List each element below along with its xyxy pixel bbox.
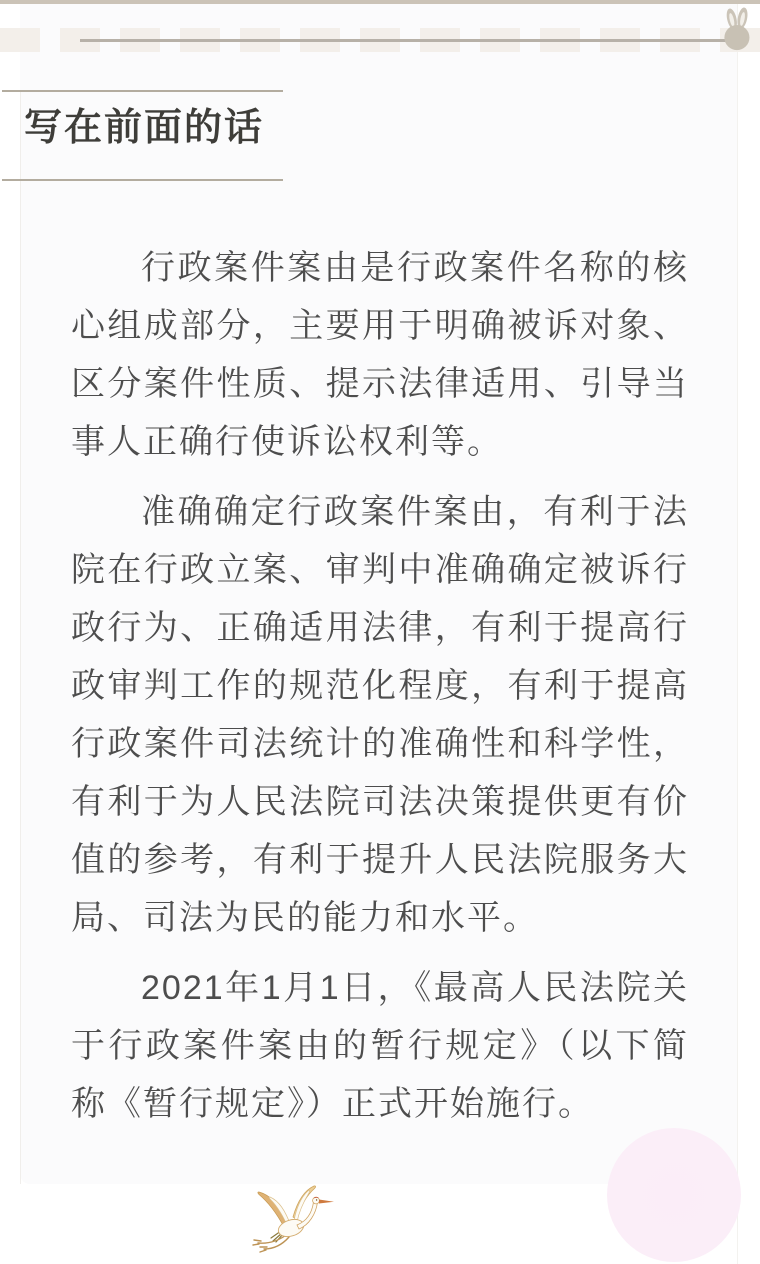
text-line: 于行政案件案由的暂行规定》（以下简 xyxy=(71,1017,689,1075)
title-rule-bottom xyxy=(2,179,283,181)
text-line: 准确确定行政案件案由，有利于法 xyxy=(71,483,689,541)
text-line: 称《暂行规定》）正式开始施行。 xyxy=(71,1075,689,1133)
paragraph-2: 准确确定行政案件案由，有利于法 院在行政立案、审判中准确确定被诉行 政行为、正确… xyxy=(71,483,689,947)
paragraph-3: 2021年1月1日，《最高人民法院关 于行政案件案由的暂行规定》（以下简 称《暂… xyxy=(71,959,689,1133)
text-line: 局、司法为民的能力和水平。 xyxy=(71,889,689,947)
text-line: 值的参考，有利于提升人民法院服务大 xyxy=(71,831,689,889)
card-right-edge xyxy=(737,4,738,1264)
article-body: 行政案件案由是行政案件名称的核 心组成部分，主要用于明确被诉对象、 区分案件性质… xyxy=(71,239,689,1145)
text-line: 心组成部分，主要用于明确被诉对象、 xyxy=(71,297,689,355)
text-line: 政行为、正确适用法律，有利于提高行 xyxy=(71,599,689,657)
page-title: 写在前面的话 xyxy=(24,106,324,150)
card-left-edge xyxy=(20,90,21,1184)
text-line: 政审判工作的规范化程度，有利于提高 xyxy=(71,657,689,715)
title-rule-top xyxy=(2,90,283,92)
text-line: 院在行政立案、审判中准确确定被诉行 xyxy=(71,541,689,599)
header-rule-line xyxy=(80,39,730,42)
text-line: 区分案件性质、提示法律适用、引导当 xyxy=(71,355,689,413)
text-line: 行政案件案由是行政案件名称的核 xyxy=(71,239,689,297)
text-line: 2021年1月1日，《最高人民法院关 xyxy=(71,959,689,1017)
text-line: 有利于为人民法院司法决策提供更有价 xyxy=(71,773,689,831)
paragraph-1: 行政案件案由是行政案件名称的核 心组成部分，主要用于明确被诉对象、 区分案件性质… xyxy=(71,239,689,471)
rabbit-icon xyxy=(716,6,756,58)
text-line: 行政案件司法统计的准确性和科学性， xyxy=(71,715,689,773)
text-line: 事人正确行使诉讼权利等。 xyxy=(71,413,689,471)
top-accent-bar xyxy=(0,0,760,4)
pink-circle-decoration xyxy=(607,1128,741,1262)
crane-icon xyxy=(243,1183,348,1253)
